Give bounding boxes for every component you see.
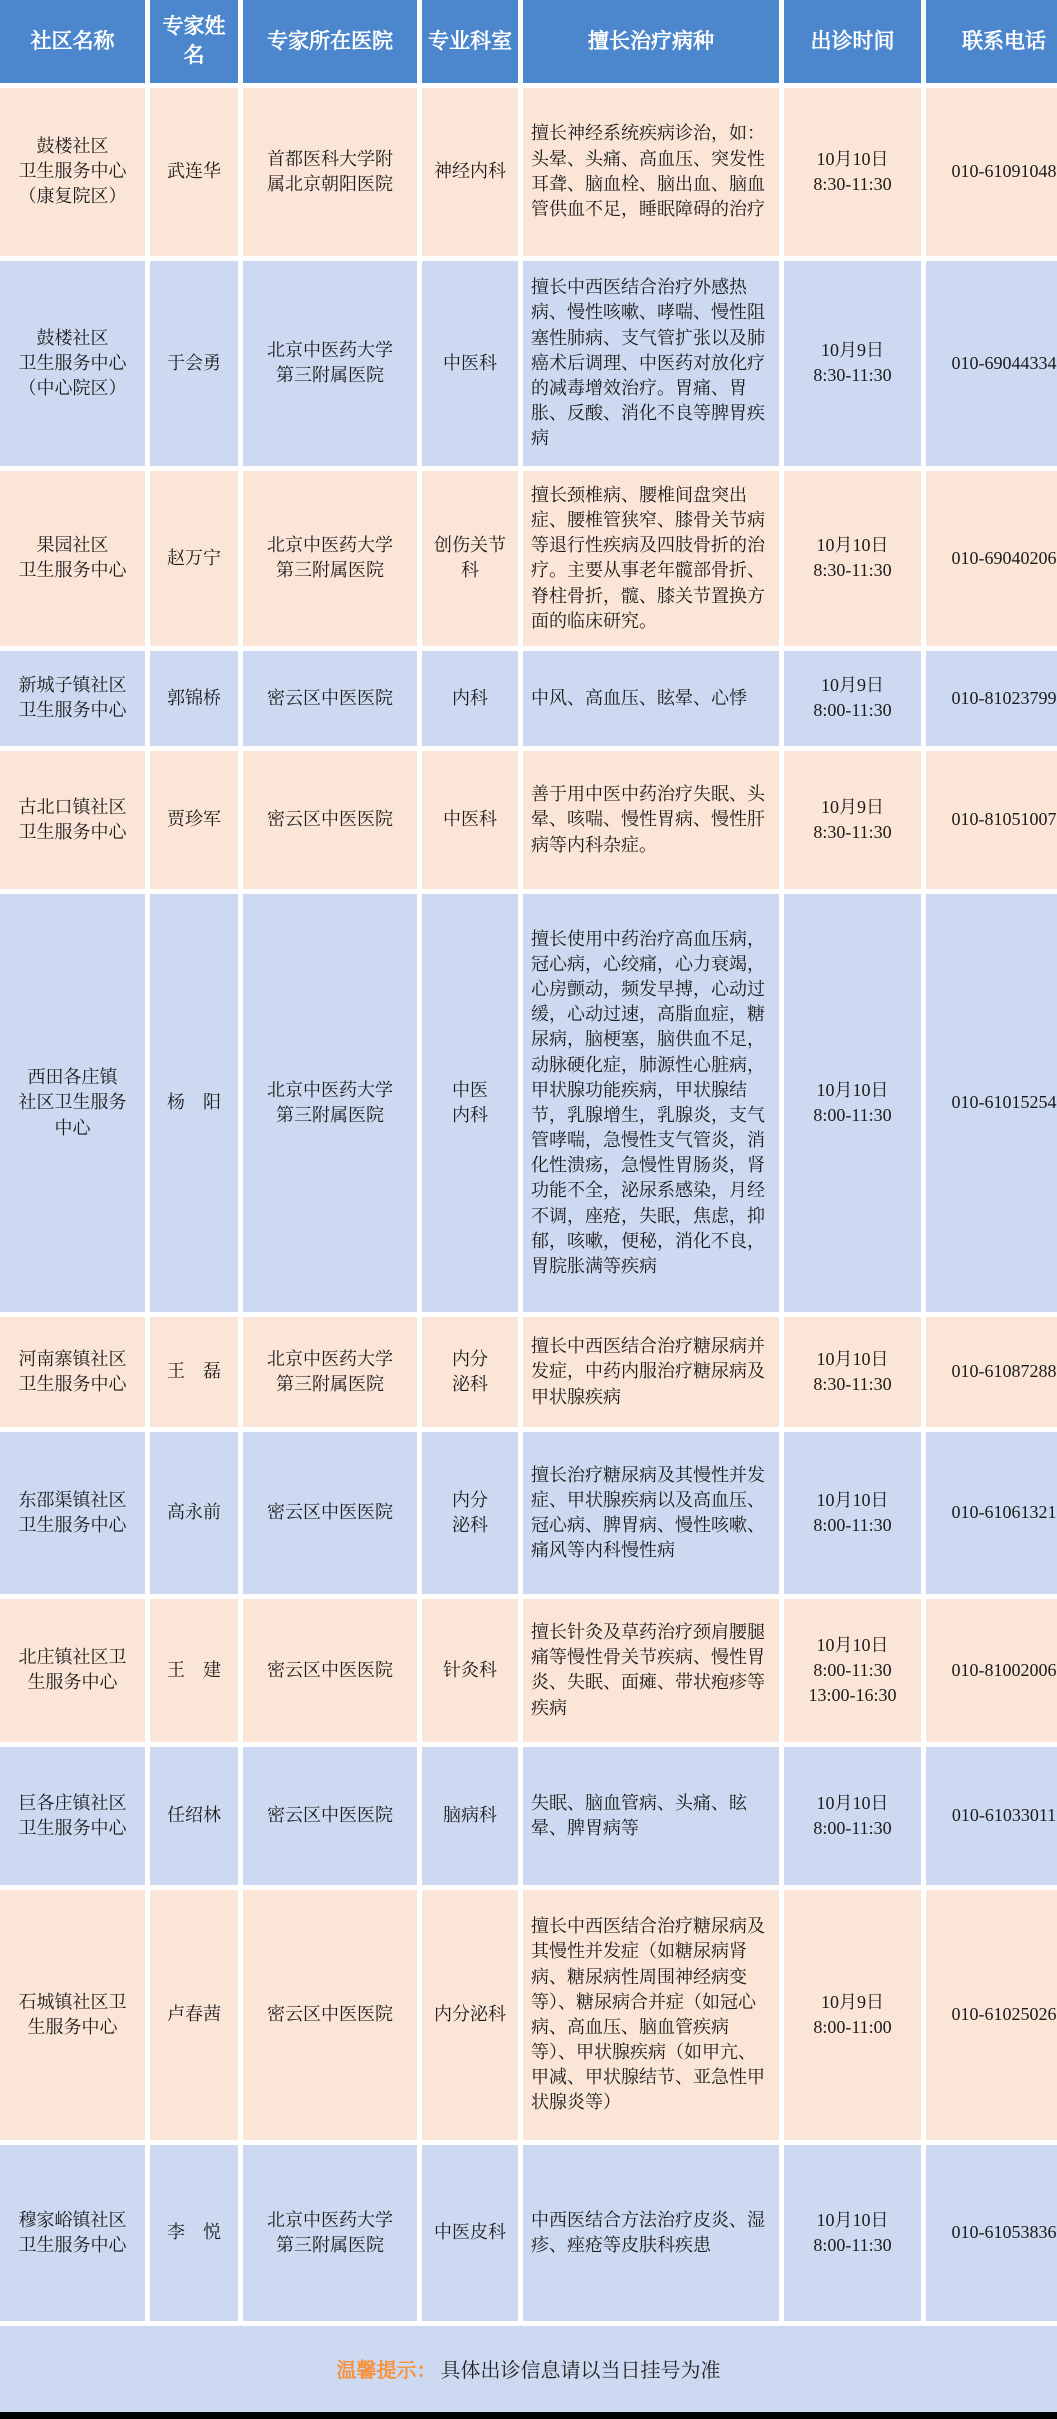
department-cell: 中医科 — [422, 261, 518, 466]
table-header-row: 社区名称 专家姓名 专家所在医院 专业科室 擅长治疗病种 出诊时间 联系电话 — [0, 0, 1057, 83]
phone-cell: 010-61091048 — [926, 88, 1057, 256]
expert-name-cell: 王 建 — [150, 1599, 238, 1742]
expert-visit-schedule-table: 社区名称 专家姓名 专家所在医院 专业科室 擅长治疗病种 出诊时间 联系电话 鼓… — [0, 0, 1057, 2419]
phone-cell: 010-61087288 — [926, 1317, 1057, 1427]
diseases-cell: 擅长使用中药治疗高血压病，冠心病，心绞痛，心力衰竭，心房颤动，频发早搏，心动过缓… — [523, 894, 779, 1312]
table-row: 鼓楼社区 卫生服务中心 （康复院区） 武连华 首都医科大学附 属北京朝阳医院 神… — [0, 88, 1057, 256]
department-cell: 脑病科 — [422, 1747, 518, 1885]
header-diseases: 擅长治疗病种 — [523, 0, 779, 83]
phone-cell: 010-81002006 — [926, 1599, 1057, 1742]
community-name-cell: 东邵渠镇社区 卫生服务中心 — [0, 1432, 145, 1594]
table-row: 鼓楼社区 卫生服务中心 （中心院区） 于会勇 北京中医药大学 第三附属医院 中医… — [0, 261, 1057, 466]
tip-label: 温馨提示： — [337, 2354, 437, 2383]
department-cell: 创伤关节科 — [422, 471, 518, 646]
expert-name-cell: 高永前 — [150, 1432, 238, 1594]
phone-cell: 010-81051007 — [926, 751, 1057, 889]
phone-cell: 010-69044334 — [926, 261, 1057, 466]
table-row: 新城子镇社区 卫生服务中心 郭锦桥 密云区中医医院 内科 中风、高血压、眩晕、心… — [0, 651, 1057, 746]
community-name-cell: 西田各庄镇 社区卫生服务 中心 — [0, 894, 145, 1312]
visit-time-cell: 10月9日 8:30-11:30 — [784, 261, 921, 466]
expert-name-cell: 于会勇 — [150, 261, 238, 466]
bottom-black-bar — [0, 2412, 1057, 2419]
hospital-cell: 北京中医药大学 第三附属医院 — [243, 1317, 417, 1427]
hospital-cell: 北京中医药大学 第三附属医院 — [243, 894, 417, 1312]
table-row: 东邵渠镇社区 卫生服务中心 高永前 密云区中医医院 内分 泌科 擅长治疗糖尿病及… — [0, 1432, 1057, 1594]
community-name-cell: 穆家峪镇社区 卫生服务中心 — [0, 2145, 145, 2321]
visit-time-cell: 10月10日 8:30-11:30 — [784, 1317, 921, 1427]
department-cell: 神经内科 — [422, 88, 518, 256]
community-name-cell: 鼓楼社区 卫生服务中心 （康复院区） — [0, 88, 145, 256]
phone-cell: 010-81023799 — [926, 651, 1057, 746]
diseases-cell: 擅长神经系统疾病诊治，如：头晕、头痛、高血压、突发性耳聋、脑血栓、脑出血、脑血管… — [523, 88, 779, 256]
table-row: 果园社区 卫生服务中心 赵万宁 北京中医药大学 第三附属医院 创伤关节科 擅长颈… — [0, 471, 1057, 646]
community-name-cell: 鼓楼社区 卫生服务中心 （中心院区） — [0, 261, 145, 466]
table-row: 古北口镇社区 卫生服务中心 贾珍军 密云区中医医院 中医科 善于用中医中药治疗失… — [0, 751, 1057, 889]
diseases-cell: 擅长中西医结合治疗糖尿病并发症，中药内服治疗糖尿病及甲状腺疾病 — [523, 1317, 779, 1427]
diseases-cell: 中西医结合方法治疗皮炎、湿疹、痤疮等皮肤科疾患 — [523, 2145, 779, 2321]
expert-name-cell: 武连华 — [150, 88, 238, 256]
visit-time-cell: 10月10日 8:30-11:30 — [784, 471, 921, 646]
expert-name-cell: 卢春茜 — [150, 1890, 238, 2140]
community-name-cell: 新城子镇社区 卫生服务中心 — [0, 651, 145, 746]
department-cell: 针灸科 — [422, 1599, 518, 1742]
hospital-cell: 密云区中医医院 — [243, 751, 417, 889]
table-row: 巨各庄镇社区 卫生服务中心 任绍林 密云区中医医院 脑病科 失眠、脑血管病、头痛… — [0, 1747, 1057, 1885]
hospital-cell: 北京中医药大学 第三附属医院 — [243, 2145, 417, 2321]
header-expert-hospital: 专家所在医院 — [243, 0, 417, 83]
header-community-name: 社区名称 — [0, 0, 145, 83]
visit-time-cell: 10月9日 8:00-11:30 — [784, 651, 921, 746]
phone-cell: 010-61053836 — [926, 2145, 1057, 2321]
community-name-cell: 巨各庄镇社区 卫生服务中心 — [0, 1747, 145, 1885]
community-name-cell: 河南寨镇社区 卫生服务中心 — [0, 1317, 145, 1427]
department-cell: 中医皮科 — [422, 2145, 518, 2321]
phone-cell: 010-61025026 — [926, 1890, 1057, 2140]
phone-cell: 010-61033011 — [926, 1747, 1057, 1885]
hospital-cell: 北京中医药大学 第三附属医院 — [243, 261, 417, 466]
diseases-cell: 擅长治疗糖尿病及其慢性并发症、甲状腺疾病以及高血压、冠心病、脾胃病、慢性咳嗽、痛… — [523, 1432, 779, 1594]
hospital-cell: 密云区中医医院 — [243, 1599, 417, 1742]
community-name-cell: 果园社区 卫生服务中心 — [0, 471, 145, 646]
footer-tip: 温馨提示： 具体出诊信息请以当日挂号为准 — [0, 2326, 1057, 2412]
expert-name-cell: 郭锦桥 — [150, 651, 238, 746]
phone-cell: 010-69040206 — [926, 471, 1057, 646]
header-department: 专业科室 — [422, 0, 518, 83]
table-body: 鼓楼社区 卫生服务中心 （康复院区） 武连华 首都医科大学附 属北京朝阳医院 神… — [0, 88, 1057, 2321]
expert-name-cell: 赵万宁 — [150, 471, 238, 646]
visit-time-cell: 10月9日 8:00-11:00 — [784, 1890, 921, 2140]
visit-time-cell: 10月10日 8:00-11:30 — [784, 1432, 921, 1594]
visit-time-cell: 10月10日 8:00-11:30 — [784, 894, 921, 1312]
department-cell: 内分泌科 — [422, 1890, 518, 2140]
header-expert-name: 专家姓名 — [150, 0, 238, 83]
expert-name-cell: 王 磊 — [150, 1317, 238, 1427]
diseases-cell: 擅长颈椎病、腰椎间盘突出症、腰椎管狭窄、膝骨关节病等退行性疾病及四肢骨折的治疗。… — [523, 471, 779, 646]
header-phone: 联系电话 — [926, 0, 1057, 83]
hospital-cell: 首都医科大学附 属北京朝阳医院 — [243, 88, 417, 256]
department-cell: 中医 内科 — [422, 894, 518, 1312]
department-cell: 中医科 — [422, 751, 518, 889]
expert-name-cell: 任绍林 — [150, 1747, 238, 1885]
visit-time-cell: 10月9日 8:30-11:30 — [784, 751, 921, 889]
visit-time-cell: 10月10日 8:00-11:30 13:00-16:30 — [784, 1599, 921, 1742]
department-cell: 内分 泌科 — [422, 1432, 518, 1594]
diseases-cell: 善于用中医中药治疗失眠、头晕、咳喘、慢性胃病、慢性肝病等内科杂症。 — [523, 751, 779, 889]
tip-text: 具体出诊信息请以当日挂号为准 — [441, 2354, 721, 2383]
expert-name-cell: 贾珍军 — [150, 751, 238, 889]
hospital-cell: 密云区中医医院 — [243, 1747, 417, 1885]
hospital-cell: 北京中医药大学 第三附属医院 — [243, 471, 417, 646]
expert-name-cell: 李 悦 — [150, 2145, 238, 2321]
table-row: 西田各庄镇 社区卫生服务 中心 杨 阳 北京中医药大学 第三附属医院 中医 内科… — [0, 894, 1057, 1312]
diseases-cell: 中风、高血压、眩晕、心悸 — [523, 651, 779, 746]
header-visit-time: 出诊时间 — [784, 0, 921, 83]
table-row: 穆家峪镇社区 卫生服务中心 李 悦 北京中医药大学 第三附属医院 中医皮科 中西… — [0, 2145, 1057, 2321]
hospital-cell: 密云区中医医院 — [243, 1432, 417, 1594]
diseases-cell: 失眠、脑血管病、头痛、眩晕、脾胃病等 — [523, 1747, 779, 1885]
diseases-cell: 擅长中西医结合治疗糖尿病及其慢性并发症（如糖尿病肾病、糖尿病性周围神经病变等）、… — [523, 1890, 779, 2140]
phone-cell: 010-61015254 — [926, 894, 1057, 1312]
community-name-cell: 石城镇社区卫 生服务中心 — [0, 1890, 145, 2140]
table-row: 北庄镇社区卫 生服务中心 王 建 密云区中医医院 针灸科 擅长针灸及草药治疗颈肩… — [0, 1599, 1057, 1742]
visit-time-cell: 10月10日 8:00-11:30 — [784, 2145, 921, 2321]
table-row: 河南寨镇社区 卫生服务中心 王 磊 北京中医药大学 第三附属医院 内分 泌科 擅… — [0, 1317, 1057, 1427]
visit-time-cell: 10月10日 8:00-11:30 — [784, 1747, 921, 1885]
department-cell: 内分 泌科 — [422, 1317, 518, 1427]
department-cell: 内科 — [422, 651, 518, 746]
visit-time-cell: 10月10日 8:30-11:30 — [784, 88, 921, 256]
diseases-cell: 擅长中西医结合治疗外感热病、慢性咳嗽、哮喘、慢性阻塞性肺病、支气管扩张以及肺癌术… — [523, 261, 779, 466]
hospital-cell: 密云区中医医院 — [243, 651, 417, 746]
community-name-cell: 北庄镇社区卫 生服务中心 — [0, 1599, 145, 1742]
expert-name-cell: 杨 阳 — [150, 894, 238, 1312]
diseases-cell: 擅长针灸及草药治疗颈肩腰腿痛等慢性骨关节疾病、慢性胃炎、失眠、面瘫、带状疱疹等疾… — [523, 1599, 779, 1742]
hospital-cell: 密云区中医医院 — [243, 1890, 417, 2140]
community-name-cell: 古北口镇社区 卫生服务中心 — [0, 751, 145, 889]
phone-cell: 010-61061321 — [926, 1432, 1057, 1594]
table-row: 石城镇社区卫 生服务中心 卢春茜 密云区中医医院 内分泌科 擅长中西医结合治疗糖… — [0, 1890, 1057, 2140]
